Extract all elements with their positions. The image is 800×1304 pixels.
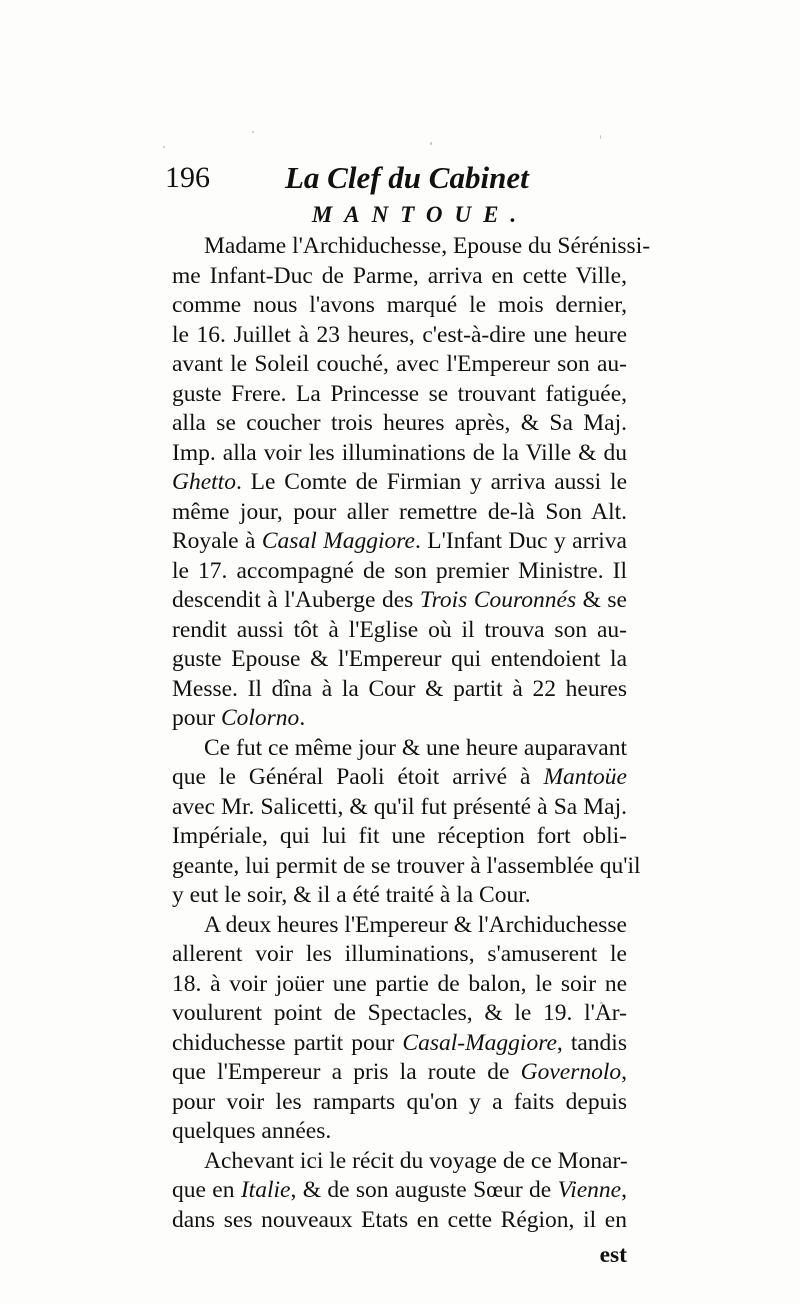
text-line: Madame l'Archiduchesse, Epouse du Séréni… xyxy=(172,232,627,262)
paragraph: Madame l'Archiduchesse, Epouse du Séréni… xyxy=(172,232,627,734)
text-line: rendit aussi tôt à l'Eglise où il trouva… xyxy=(172,616,627,646)
text-line: Messe. Il dîna à la Cour & partit à 22 h… xyxy=(172,675,627,705)
text-run: que le Général Paoli étoit arrivé à xyxy=(172,764,543,790)
text-run: . Le Comte de Firmian y arriva aussi le xyxy=(236,469,627,495)
text-run: descendit à l'Auberge des xyxy=(172,587,420,613)
text-line: que le Général Paoli étoit arrivé à Mant… xyxy=(172,763,627,793)
text-line: descendit à l'Auberge des Trois Couronné… xyxy=(172,586,627,616)
italic-place-name: Vienne xyxy=(558,1177,622,1203)
text-run: chiduchesse partit pour xyxy=(172,1030,402,1056)
italic-place-name: Colorno xyxy=(221,705,299,731)
text-line: dans ses nouveaux Etats en cette Région,… xyxy=(172,1206,627,1236)
text-line: 18. à voir joüer une partie de balon, le… xyxy=(172,970,627,1000)
catchword: est xyxy=(172,1241,627,1271)
italic-place-name: Casal-Maggiore xyxy=(402,1030,556,1056)
text-run: . L'Infant Duc y arriva xyxy=(415,528,627,554)
paragraph: Achevant ici le récit du voyage de ce Mo… xyxy=(172,1147,627,1271)
scan-speckle xyxy=(600,1002,603,1004)
text-line: pour voir les ramparts qu'on y a faits d… xyxy=(172,1088,627,1118)
text-line: avant le Soleil couché, avec l'Empereur … xyxy=(172,350,627,380)
scan-speckle xyxy=(230,1100,232,1102)
body-text: Madame l'Archiduchesse, Epouse du Séréni… xyxy=(172,232,627,1271)
text-line: Achevant ici le récit du voyage de ce Mo… xyxy=(172,1147,627,1177)
text-run: , & de son auguste Sœur de xyxy=(290,1177,557,1203)
text-line: Impériale, qui lui fit une réception for… xyxy=(172,822,627,852)
text-line: voulurent point de Spectacles, & le 19. … xyxy=(172,999,627,1029)
text-line: allerent voir les illuminations, s'amuse… xyxy=(172,940,627,970)
text-run: , xyxy=(621,1177,627,1203)
text-line: le 16. Juillet à 23 heures, c'est-à-dire… xyxy=(172,321,627,351)
text-line: A deux heures l'Empereur & l'Archiduches… xyxy=(172,911,627,941)
text-line: guste Frere. La Princesse se trouvant fa… xyxy=(172,380,627,410)
text-run: pour xyxy=(172,705,221,731)
scan-speckle xyxy=(430,142,432,145)
text-line: Imp. alla voir les illuminations de la V… xyxy=(172,439,627,469)
text-line: Ghetto. Le Comte de Firmian y arriva aus… xyxy=(172,468,627,498)
text-line: alla se coucher trois heures après, & Sa… xyxy=(172,409,627,439)
paragraph: Ce fut ce même jour & une heure auparava… xyxy=(172,734,627,911)
text-line: guste Epouse & l'Empereur qui entendoien… xyxy=(172,645,627,675)
italic-place-name: Italie xyxy=(241,1177,291,1203)
scan-speckle xyxy=(163,146,165,148)
scan-speckle xyxy=(380,1102,382,1104)
text-line: que en Italie, & de son auguste Sœur de … xyxy=(172,1176,627,1206)
text-run: que l'Empereur a pris la route de xyxy=(172,1059,521,1085)
scan-speckle xyxy=(600,135,601,139)
running-title: La Clef du Cabinet xyxy=(285,160,529,196)
text-line: que l'Empereur a pris la route de Govern… xyxy=(172,1058,627,1088)
italic-place-name: Trois Couronnés xyxy=(420,587,576,613)
text-line: Royale à Casal Maggiore. L'Infant Duc y … xyxy=(172,527,627,557)
text-line: Ce fut ce même jour & une heure auparava… xyxy=(172,734,627,764)
italic-place-name: Ghetto xyxy=(172,469,236,495)
text-line: quelques années. xyxy=(172,1117,627,1147)
text-line: chiduchesse partit pour Casal-Maggiore, … xyxy=(172,1029,627,1059)
text-line: geante, lui permit de se trouver à l'ass… xyxy=(172,852,627,882)
paragraph: A deux heures l'Empereur & l'Archiduches… xyxy=(172,911,627,1147)
text-line: comme nous l'avons marqué le mois dernie… xyxy=(172,291,627,321)
text-run: , xyxy=(621,1059,627,1085)
italic-place-name: Casal Maggiore xyxy=(262,528,415,554)
italic-place-name: Mantoüe xyxy=(543,764,627,790)
text-line: avec Mr. Salicetti, & qu'il fut présenté… xyxy=(172,793,627,823)
italic-place-name: Governolo xyxy=(521,1059,622,1085)
scan-speckle xyxy=(252,131,254,133)
text-line: y eut le soir, & il a été traité à la Co… xyxy=(172,881,627,911)
section-heading: MANTOUE. xyxy=(165,200,635,230)
text-run: , tandis xyxy=(557,1030,627,1056)
text-run: Royale à xyxy=(172,528,262,554)
text-line: même jour, pour aller remettre de-là Son… xyxy=(172,498,627,528)
text-run: & se xyxy=(576,587,627,613)
text-line: pour Colorno. xyxy=(172,704,627,734)
text-line: me Infant-Duc de Parme, arriva en cette … xyxy=(172,262,627,292)
text-line: le 17. accompagné de son premier Ministr… xyxy=(172,557,627,587)
page-number: 196 xyxy=(165,160,210,196)
book-page: 196 La Clef du Cabinet MANTOUE. Madame l… xyxy=(0,0,800,1304)
text-run: . xyxy=(299,705,305,731)
running-head: 196 La Clef du Cabinet xyxy=(165,160,635,200)
text-run: que en xyxy=(172,1177,241,1203)
